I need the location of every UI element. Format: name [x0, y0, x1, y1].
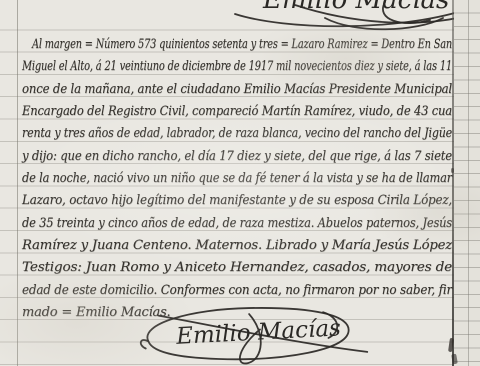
line-text: renta y tres años de edad, labrador, de …	[22, 123, 452, 145]
handwritten-line: de la noche, nació vivo un niño que se d…	[22, 167, 452, 189]
line-text: de 35 treinta y cinco años de edad, de r…	[22, 213, 452, 235]
handwritten-line: y dijo: que en dicho rancho, el día 17 d…	[22, 145, 452, 167]
line-text: Testigos: Juan Romo y Aniceto Hernandez,…	[22, 257, 452, 279]
handwritten-line: Miguel el Alto, á 21 veintiuno de diciem…	[22, 55, 452, 77]
handwritten-line: once de la mañana, ante el ciudadano Emi…	[22, 78, 452, 100]
ink-smudge	[451, 168, 454, 173]
adjacent-page-ruling	[454, 0, 480, 366]
registry-document-page: Emilio Macías Al margen = Número 573 qui…	[0, 0, 480, 366]
handwritten-line: Ramírez y Juana Centeno. Maternos. Libra…	[22, 234, 452, 256]
act-text-block: Al margen = Número 573 quinientos setent…	[22, 33, 452, 323]
signature-bottom: Emilio Macías	[126, 290, 374, 366]
line-text: de la noche, nació vivo un niño que se d…	[22, 168, 452, 190]
line-text: Miguel el Alto, á 21 veintiuno de diciem…	[22, 56, 452, 78]
handwritten-line: Encargado del Registro Civil, compareció…	[22, 100, 452, 122]
line-text: Al margen = Número 573 quinientos setent…	[32, 34, 452, 56]
signature-top: Emilio Macías	[225, 0, 480, 32]
line-text: Lazaro, octavo hijo legítimo del manifes…	[22, 190, 452, 212]
line-text: once de la mañana, ante el ciudadano Emi…	[22, 79, 452, 101]
adjacent-page-rule-line	[468, 0, 469, 366]
handwritten-line: de 35 treinta y cinco años de edad, de r…	[22, 212, 452, 234]
line-text: y dijo: que en dicho rancho, el día 17 d…	[22, 146, 452, 168]
left-margin-line	[17, 0, 18, 366]
adjacent-page-edge	[454, 0, 480, 366]
line-text: Encargado del Registro Civil, compareció…	[22, 101, 452, 123]
handwritten-line: Lazaro, octavo hijo legítimo del manifes…	[22, 189, 452, 211]
handwritten-line: renta y tres años de edad, labrador, de …	[22, 122, 452, 144]
signature-text: Emilio Macías	[262, 0, 449, 15]
handwritten-line: Testigos: Juan Romo y Aniceto Hernandez,…	[22, 256, 452, 278]
handwritten-line: Al margen = Número 573 quinientos setent…	[22, 33, 452, 55]
line-text: Ramírez y Juana Centeno. Maternos. Libra…	[22, 235, 452, 257]
